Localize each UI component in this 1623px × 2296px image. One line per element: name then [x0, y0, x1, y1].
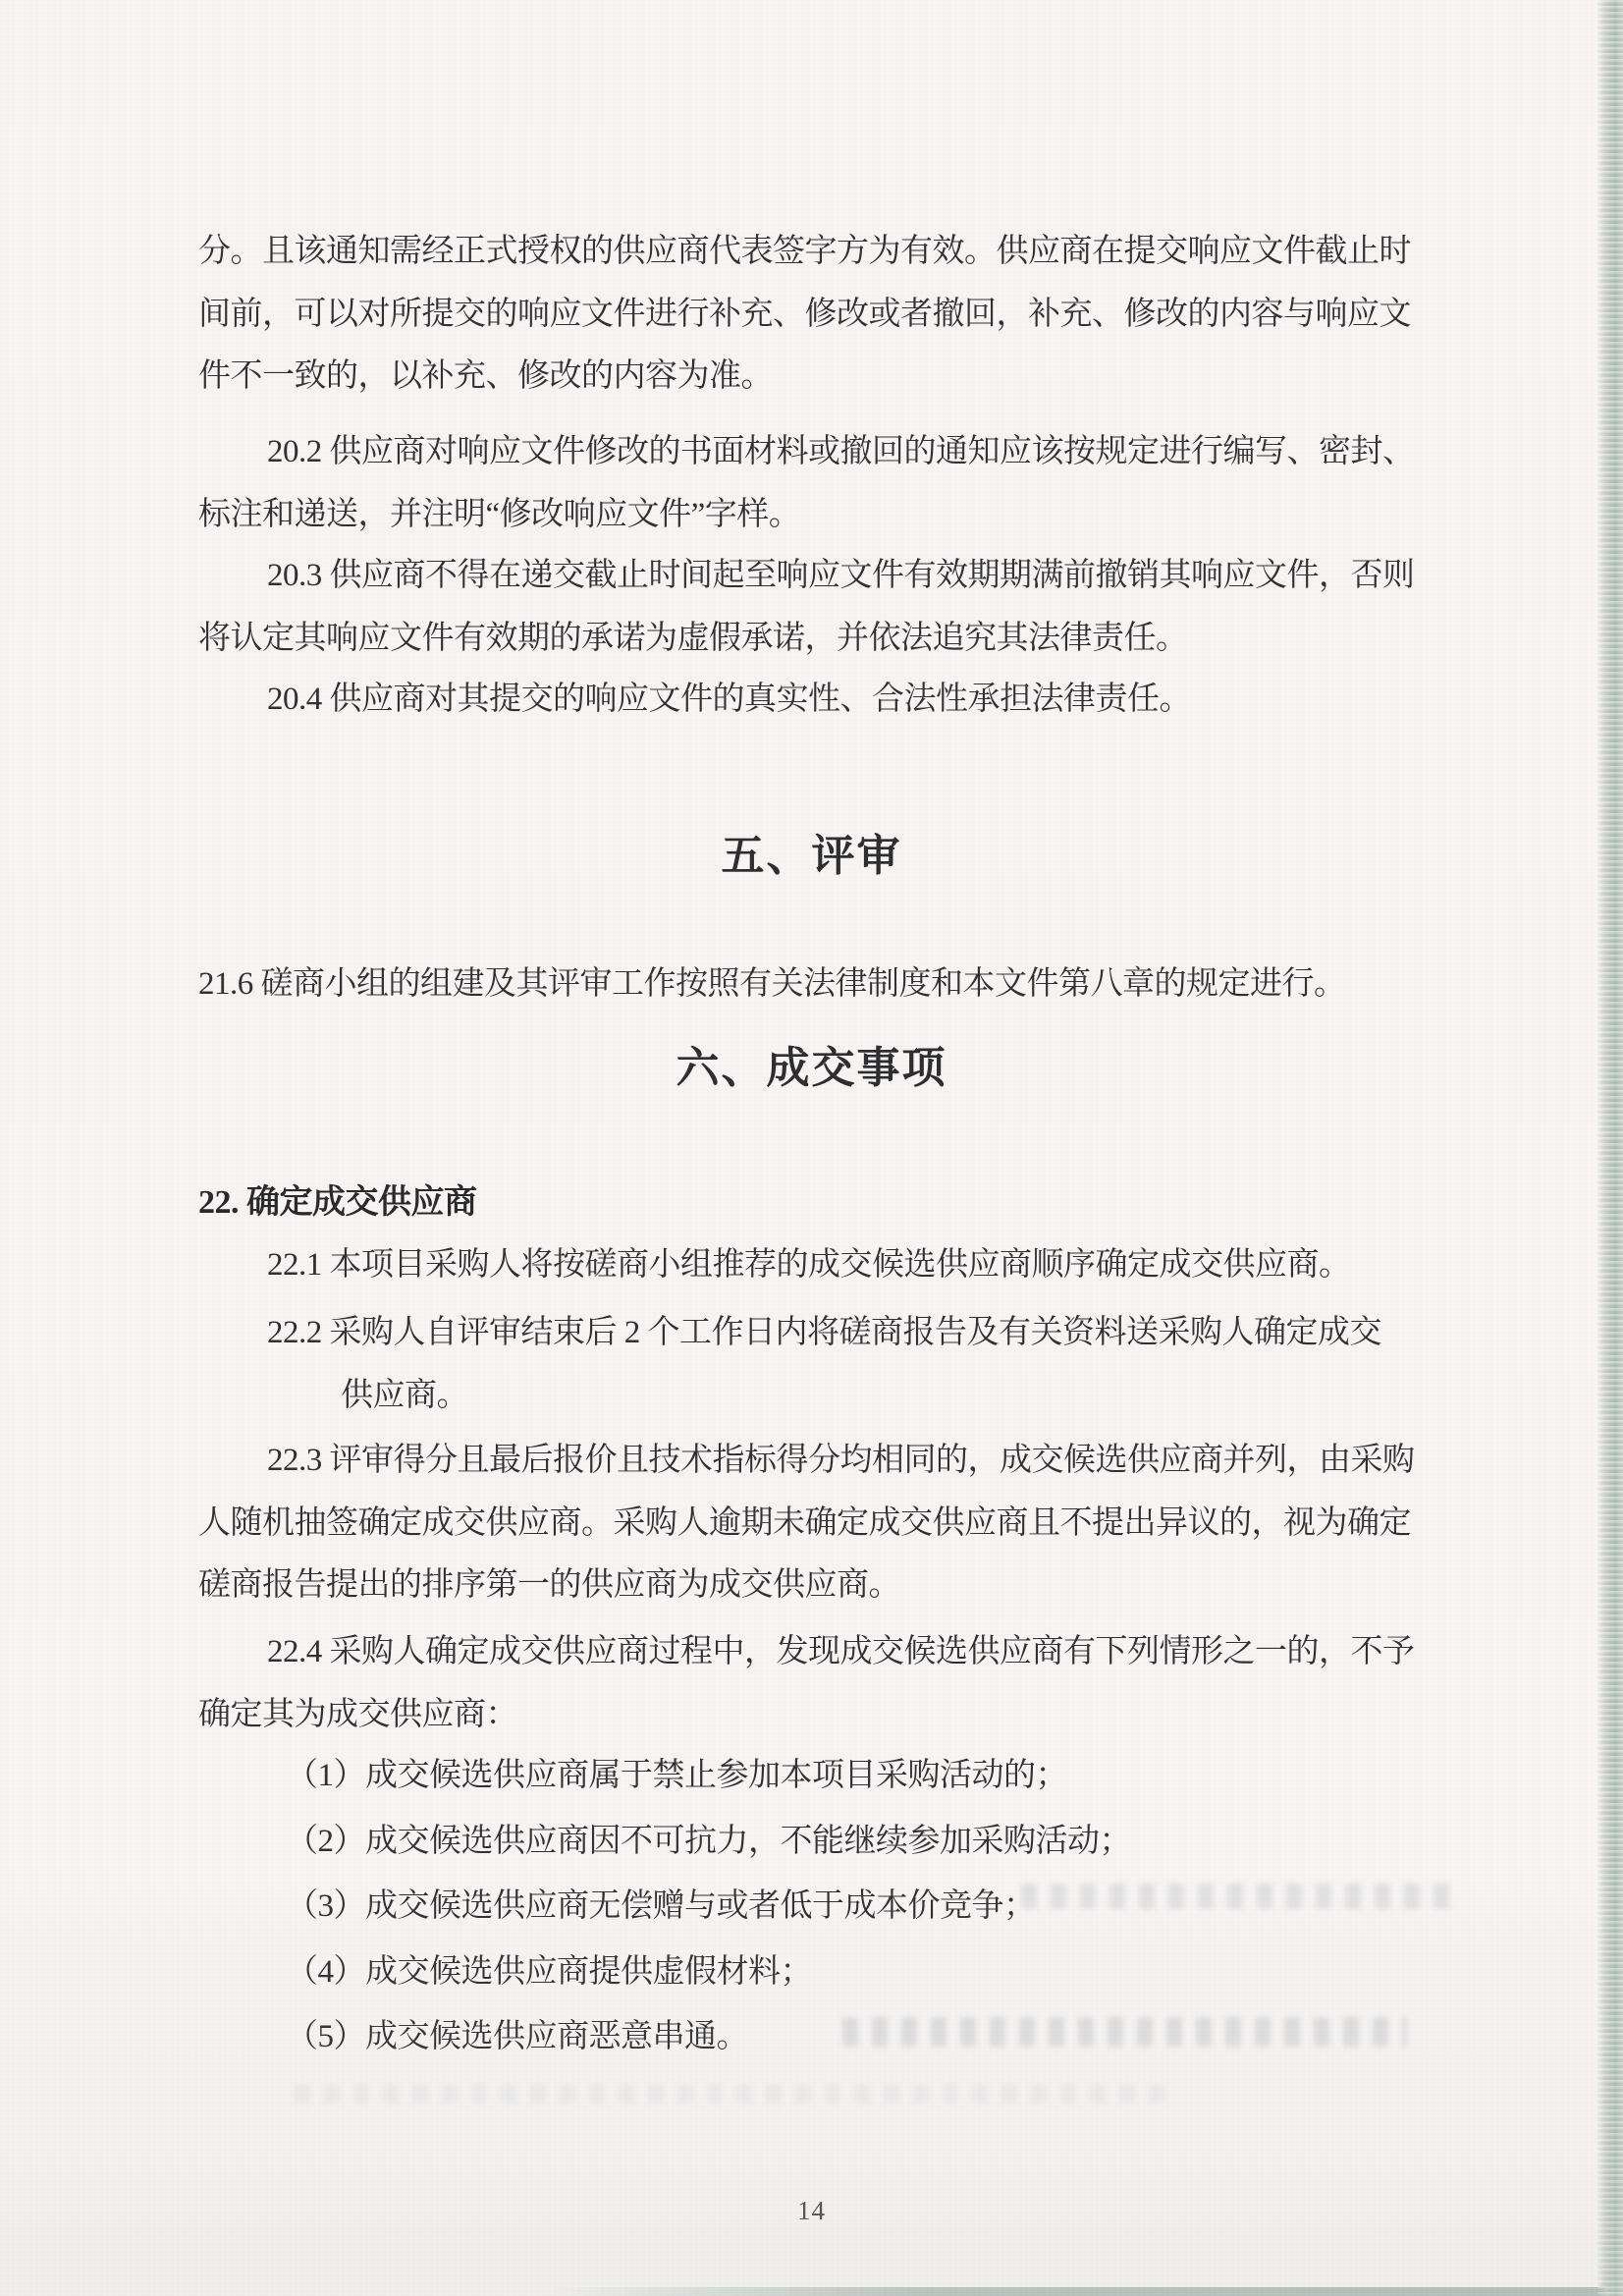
scan-edge-right: [1597, 0, 1623, 2296]
text-line: 22.2 采购人自评审结束后 2 个工作日内将磋商报告及有关资料送采购人确定成交: [198, 1302, 1460, 1365]
page-number: 14: [797, 2196, 826, 2225]
text-line: 供应商。: [198, 1365, 1460, 1428]
paragraph-20-2: 20.2 供应商对响应文件修改的书面材料或撤回的通知应该按规定进行编写、密封、 …: [198, 421, 1460, 546]
text-line: 21.6 磋商小组的组建及其评审工作按照有关法律制度和本文件第八章的规定进行。: [198, 954, 1460, 1016]
text-line: 22. 确定成交供应商: [198, 1172, 1460, 1234]
list-item: （1）成交候选供应商属于禁止参加本项目采购活动的；: [198, 1743, 1460, 1809]
paragraph-22-3: 22.3 评审得分且最后报价且技术指标得分均相同的，成交候选供应商并列，由采购 …: [198, 1430, 1460, 1617]
text-line: 22.4 采购人确定成交供应商过程中，发现成交候选供应商有下列情形之一的，不予: [198, 1621, 1460, 1684]
paragraph-20-3: 20.3 供应商不得在递交截止时间起至响应文件有效期期满前撤销其响应文件，否则 …: [198, 545, 1460, 670]
paragraph-20-4: 20.4 供应商对其提交的响应文件的真实性、合法性承担法律责任。: [198, 669, 1460, 732]
text-line: 件不一致的，以补充、修改的内容为准。: [198, 346, 1460, 409]
text-line: 分。且该通知需经正式授权的供应商代表签字方为有效。供应商在提交响应文件截止时: [198, 221, 1460, 284]
list-item: （2）成交候选供应商因不可抗力，不能继续参加采购活动；: [198, 1809, 1460, 1875]
document-page: 分。且该通知需经正式授权的供应商代表签字方为有效。供应商在提交响应文件截止时 间…: [0, 0, 1623, 2296]
paragraph-20-1-continuation: 分。且该通知需经正式授权的供应商代表签字方为有效。供应商在提交响应文件截止时 间…: [198, 221, 1460, 409]
text-line: 确定其为成交供应商：: [198, 1684, 1460, 1747]
section-heading-5-review: 五、评审: [0, 827, 1623, 886]
text-line: 将认定其响应文件有效期的承诺为虚假承诺，并依法追究其法律责任。: [198, 608, 1460, 671]
text-line: 22.1 本项目采购人将按磋商小组推荐的成交候选供应商顺序确定成交供应商。: [198, 1234, 1460, 1297]
text-line: 20.2 供应商对响应文件修改的书面材料或撤回的通知应该按规定进行编写、密封、: [198, 421, 1460, 484]
clause-22-heading: 22. 确定成交供应商: [198, 1172, 1460, 1234]
list-item: （4）成交候选供应商提供虚假材料；: [198, 1940, 1460, 2005]
text-line: 磋商报告提出的排序第一的供应商为成交供应商。: [198, 1555, 1460, 1617]
bleed-through-artifact: [842, 2017, 1407, 2047]
text-line: 22.3 评审得分且最后报价且技术指标得分均相同的，成交候选供应商并列，由采购: [198, 1430, 1460, 1493]
section-heading-6-award-matters: 六、成交事项: [0, 1039, 1623, 1098]
paragraph-21-6: 21.6 磋商小组的组建及其评审工作按照有关法律制度和本文件第八章的规定进行。: [198, 954, 1460, 1016]
text-line: 标注和递送，并注明“修改响应文件”字样。: [198, 484, 1460, 547]
text-line: 间前，可以对所提交的响应文件进行补充、修改或者撤回，补充、修改的内容与响应文: [198, 284, 1460, 347]
scan-edge-bottom: [550, 2287, 1623, 2296]
text-line: 人随机抽签确定成交供应商。采购人逾期未确定成交供应商且不提出异议的，视为确定: [198, 1493, 1460, 1556]
paragraph-22-4: 22.4 采购人确定成交供应商过程中，发现成交候选供应商有下列情形之一的，不予 …: [198, 1621, 1460, 1746]
paragraph-22-1: 22.1 本项目采购人将按磋商小组推荐的成交候选供应商顺序确定成交供应商。: [198, 1234, 1460, 1297]
paragraph-22-2: 22.2 采购人自评审结束后 2 个工作日内将磋商报告及有关资料送采购人确定成交…: [198, 1302, 1460, 1427]
page-footer: 14: [0, 2196, 1623, 2226]
text-line: 20.3 供应商不得在递交截止时间起至响应文件有效期期满前撤销其响应文件，否则: [198, 545, 1460, 608]
text-line: 20.4 供应商对其提交的响应文件的真实性、合法性承担法律责任。: [198, 669, 1460, 732]
bleed-through-artifact: [1021, 1884, 1458, 1909]
bleed-through-artifact: [295, 2084, 1178, 2104]
